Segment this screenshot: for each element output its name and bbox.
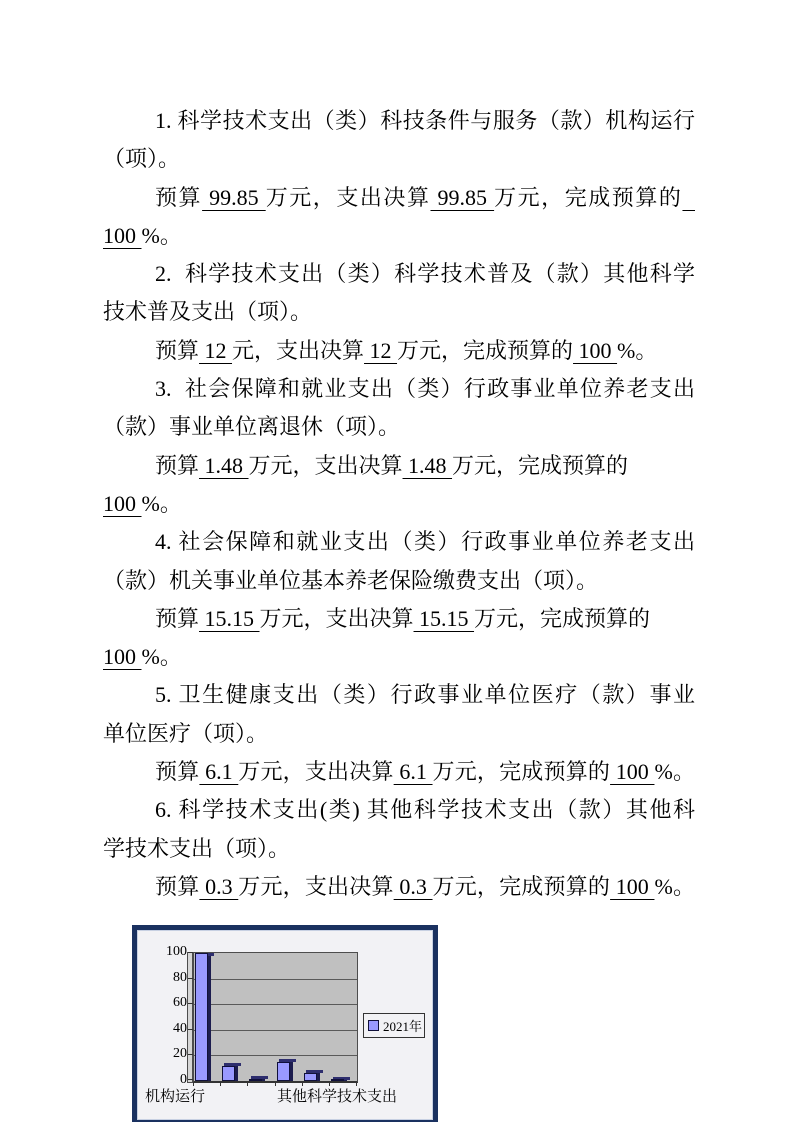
y-axis-tick-label: 100 bbox=[151, 944, 187, 960]
x-axis-tick bbox=[275, 1082, 276, 1086]
underlined-value: 0.3 bbox=[394, 874, 433, 899]
underlined-value: 1.48 bbox=[199, 453, 249, 478]
text-run: 万元，完成预算的 bbox=[474, 606, 650, 631]
y-axis-tick-label: 80 bbox=[151, 970, 187, 986]
text-line: 学技术支出（项）。 bbox=[103, 830, 695, 868]
y-axis-tick-label: 0 bbox=[151, 1072, 187, 1088]
text-line: 6. 科学技术支出(类) 其他科学技术支出（款）其他科 bbox=[103, 791, 695, 829]
text-run: %。 bbox=[142, 223, 182, 248]
text-run: 元，支出决算 bbox=[232, 338, 364, 363]
underlined-value: 99.85 bbox=[431, 185, 495, 210]
gridline bbox=[194, 1055, 357, 1056]
text-run: 6. 科学技术支出(类) 其他科学技术支出（款）其他科 bbox=[155, 797, 695, 822]
bar bbox=[249, 1079, 262, 1081]
text-run: 技术普及支出（项）。 bbox=[103, 299, 312, 324]
bar bbox=[304, 1073, 317, 1081]
text-line: 预算 0.3 万元，支出决算 0.3 万元，完成预算的 100 %。 bbox=[103, 868, 695, 906]
x-axis-label-left: 机构运行 bbox=[145, 1085, 205, 1106]
text-line: 4. 社会保障和就业支出（类）行政事业单位养老支出 bbox=[103, 523, 695, 561]
gridline bbox=[194, 1030, 357, 1031]
text-run: 万元，支出决算 bbox=[238, 874, 393, 899]
legend-label: 2021年 bbox=[383, 1016, 422, 1035]
underlined-value: 99.85 bbox=[202, 185, 266, 210]
y-axis-tick bbox=[188, 1054, 193, 1055]
bar bbox=[277, 1062, 290, 1081]
legend-color-swatch bbox=[368, 1020, 379, 1031]
text-run: 3. 社会保障和就业支出（类）行政事业单位养老支出 bbox=[155, 376, 695, 401]
underlined-value: 100 bbox=[610, 874, 654, 899]
text-line: （款）事业单位离退休（项）。 bbox=[103, 408, 695, 446]
x-axis-tick bbox=[302, 1082, 303, 1086]
underlined-value: 12 bbox=[199, 338, 232, 363]
text-run: 1. 科学技术支出（类）科技条件与服务（款）机构运行 bbox=[155, 108, 695, 133]
text-run: 万元，支出决算 bbox=[238, 759, 393, 784]
gridline bbox=[194, 1004, 357, 1005]
underlined-value: 12 bbox=[364, 338, 397, 363]
text-run: 万元，支出决算 bbox=[266, 185, 431, 210]
text-run: 学技术支出（项）。 bbox=[103, 836, 290, 861]
y-axis-tick bbox=[188, 978, 193, 979]
text-run: 预算 bbox=[155, 185, 202, 210]
text-run: （款）机关事业单位基本养老保险缴费支出（项）。 bbox=[103, 568, 598, 593]
underlined-value bbox=[682, 185, 695, 210]
text-run: %。 bbox=[142, 644, 182, 669]
text-line: 预算 15.15 万元，支出决算 15.15 万元，完成预算的 bbox=[103, 600, 695, 638]
text-run: %。 bbox=[654, 874, 695, 899]
text-run: （款）事业单位离退休（项）。 bbox=[103, 414, 400, 439]
bar bbox=[331, 1079, 344, 1081]
text-line: 预算 6.1 万元，支出决算 6.1 万元，完成预算的 100 %。 bbox=[103, 753, 695, 791]
text-run: 预算 bbox=[155, 453, 199, 478]
underlined-value: 15.15 bbox=[414, 606, 475, 631]
chart-plot bbox=[193, 952, 358, 1083]
text-line: 1. 科学技术支出（类）科技条件与服务（款）机构运行 bbox=[103, 102, 695, 140]
gridline bbox=[194, 979, 357, 980]
x-axis-label-right: 其他科学技术支出 bbox=[277, 1085, 397, 1106]
text-line: 技术普及支出（项）。 bbox=[103, 293, 695, 331]
x-axis-tick bbox=[247, 1082, 248, 1086]
text-run: 2. 科学技术支出（类）科学技术普及（款）其他科学 bbox=[155, 261, 695, 286]
underlined-value: 100 bbox=[610, 759, 654, 784]
underlined-value: 100 bbox=[103, 223, 142, 248]
text-run: 万元，完成预算的 bbox=[433, 874, 611, 899]
text-run: 万元，完成预算的 bbox=[494, 185, 682, 210]
text-run: 预算 bbox=[155, 874, 199, 899]
chart-frame: 机构运行 其他科学技术支出 2021年 020406080100 bbox=[132, 925, 438, 1122]
text-run: 万元，完成预算的 bbox=[452, 453, 628, 478]
underlined-value: 6.1 bbox=[199, 759, 238, 784]
y-axis-tick bbox=[188, 952, 193, 953]
text-run: 万元，完成预算的 bbox=[397, 338, 573, 363]
text-line: 预算 12 元，支出决算 12 万元，完成预算的 100 %。 bbox=[103, 332, 695, 370]
x-axis-tick bbox=[193, 1082, 194, 1086]
text-run: 5. 卫生健康支出（类）行政事业单位医疗（款）事业 bbox=[155, 682, 695, 707]
text-line: 100 %。 bbox=[103, 217, 695, 255]
bar bbox=[195, 953, 208, 1081]
x-axis-tick bbox=[356, 1082, 357, 1086]
text-run: 4. 社会保障和就业支出（类）行政事业单位养老支出 bbox=[155, 529, 695, 554]
y-axis-tick bbox=[188, 1003, 193, 1004]
y-axis-tick-label: 60 bbox=[151, 995, 187, 1011]
text-run: 预算 bbox=[155, 606, 199, 631]
text-line: 3. 社会保障和就业支出（类）行政事业单位养老支出 bbox=[103, 370, 695, 408]
underlined-value: 15.15 bbox=[199, 606, 260, 631]
text-run: 万元，支出决算 bbox=[260, 606, 414, 631]
underlined-value: 100 bbox=[573, 338, 617, 363]
text-run: 预算 bbox=[155, 338, 199, 363]
text-run: 万元，完成预算的 bbox=[433, 759, 611, 784]
text-run: 万元，支出决算 bbox=[249, 453, 403, 478]
bar bbox=[222, 1066, 235, 1081]
text-line: 预算 1.48 万元，支出决算 1.48 万元，完成预算的 bbox=[103, 447, 695, 485]
underlined-value: 1.48 bbox=[403, 453, 453, 478]
text-run: 单位医疗（项）。 bbox=[103, 721, 268, 746]
text-run: %。 bbox=[654, 759, 695, 784]
text-line: 5. 卫生健康支出（类）行政事业单位医疗（款）事业 bbox=[103, 676, 695, 714]
underlined-value: 6.1 bbox=[394, 759, 433, 784]
text-run: %。 bbox=[617, 338, 657, 363]
text-line: 2. 科学技术支出（类）科学技术普及（款）其他科学 bbox=[103, 255, 695, 293]
y-axis-tick bbox=[188, 1029, 193, 1030]
underlined-value: 100 bbox=[103, 644, 142, 669]
x-axis-tick bbox=[329, 1082, 330, 1086]
y-axis-tick bbox=[188, 1079, 193, 1080]
text-line: 100 %。 bbox=[103, 638, 695, 676]
text-line: （项）。 bbox=[103, 140, 695, 178]
text-block: 1. 科学技术支出（类）科技条件与服务（款）机构运行（项）。预算 99.85 万… bbox=[103, 102, 695, 906]
x-axis-tick bbox=[220, 1082, 221, 1086]
underlined-value: 100 bbox=[103, 491, 142, 516]
text-line: 100 %。 bbox=[103, 485, 695, 523]
document-page: 1. 科学技术支出（类）科技条件与服务（款）机构运行（项）。预算 99.85 万… bbox=[0, 0, 793, 1122]
text-line: （款）机关事业单位基本养老保险缴费支出（项）。 bbox=[103, 562, 695, 600]
underlined-value: 0.3 bbox=[199, 874, 238, 899]
text-run: %。 bbox=[142, 491, 182, 516]
text-run: （项）。 bbox=[103, 146, 180, 171]
text-line: 单位医疗（项）。 bbox=[103, 715, 695, 753]
y-axis-tick-label: 40 bbox=[151, 1021, 187, 1037]
y-axis-tick-label: 20 bbox=[151, 1046, 187, 1062]
legend-box: 2021年 bbox=[363, 1013, 425, 1038]
text-line: 预算 99.85 万元，支出决算 99.85 万元，完成预算的 bbox=[103, 179, 695, 217]
text-run: 预算 bbox=[155, 759, 199, 784]
